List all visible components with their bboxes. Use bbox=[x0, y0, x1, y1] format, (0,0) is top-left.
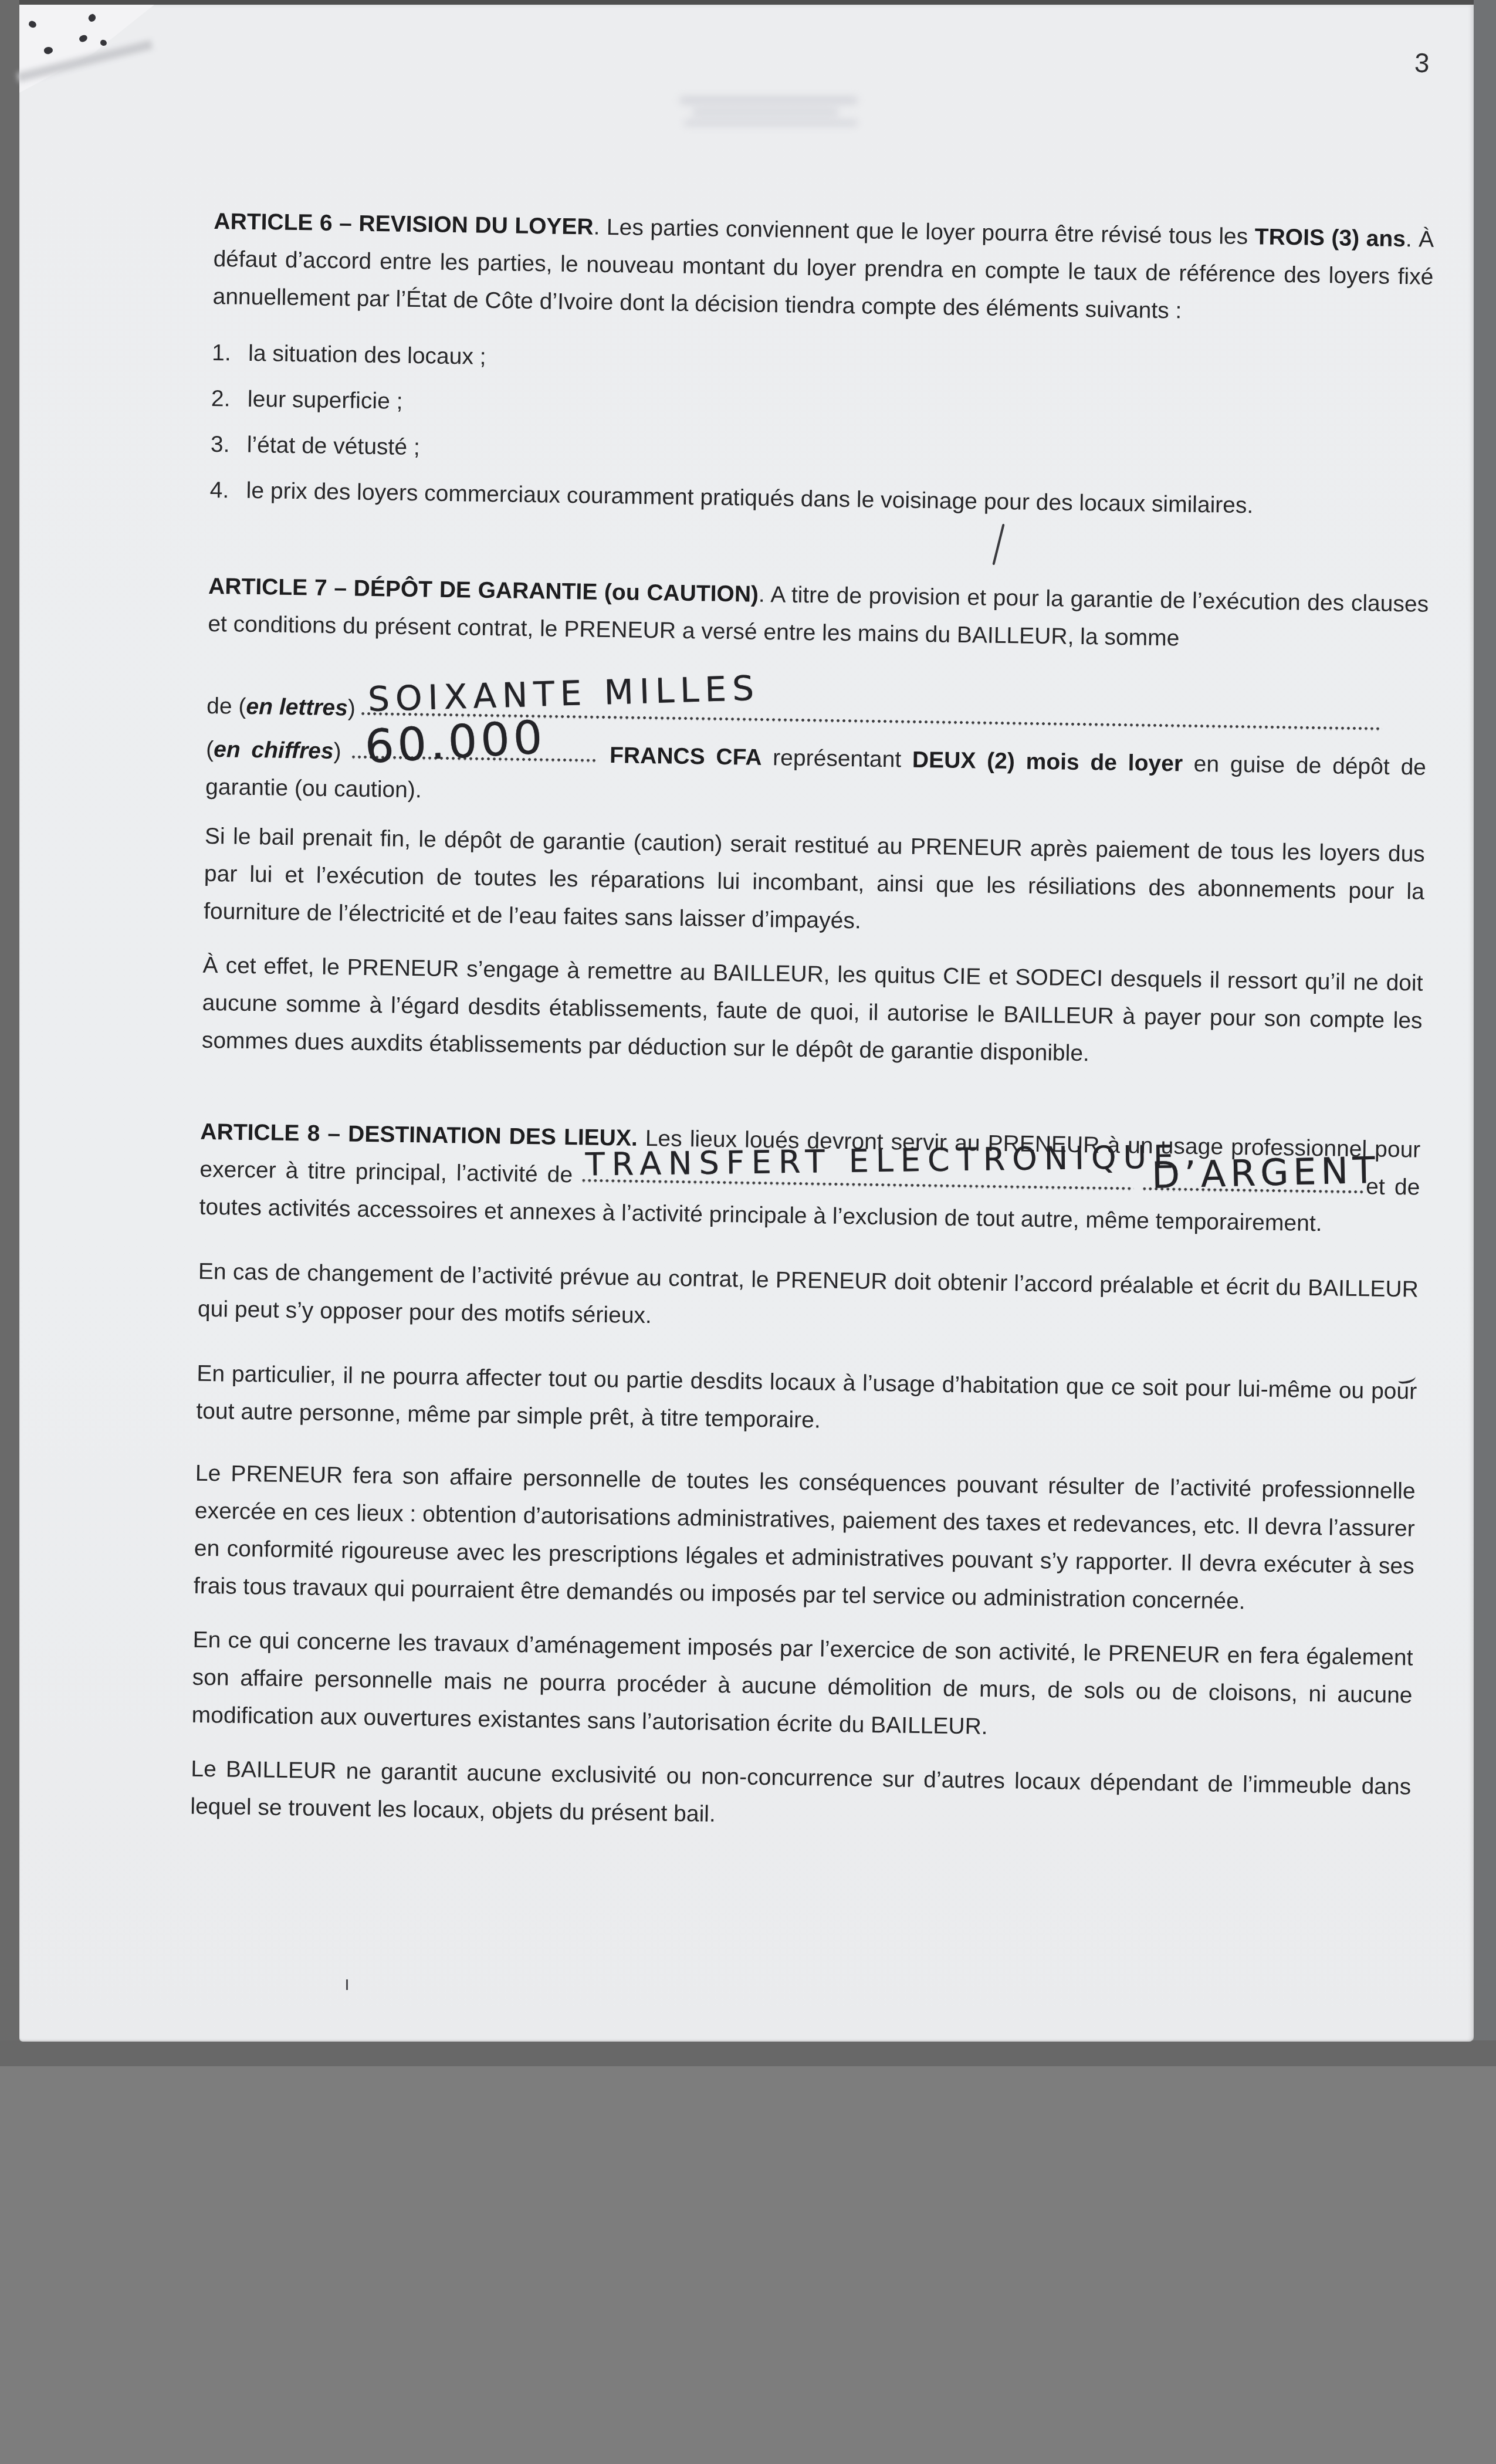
label-en-chiffres: en chiffres bbox=[214, 737, 334, 764]
list-item: 4.le prix des loyers commerciaux couramm… bbox=[209, 472, 1430, 527]
scan-tick-mark bbox=[346, 1979, 348, 1990]
dotted-blank-activity-line-1: TRANSFERT ELECTRONIQUE bbox=[582, 1175, 1133, 1190]
contract-text-block: ARTICLE 6 – REVISION DU LOYER. Les parti… bbox=[190, 203, 1434, 1844]
label-open-paren: ( bbox=[206, 737, 214, 762]
article-8-paragraph-3: En particulier, il ne pourra affecter to… bbox=[196, 1355, 1417, 1448]
article-8-paragraph: ARTICLE 8 – DESTINATION DES LIEUX. Les l… bbox=[199, 1113, 1421, 1244]
document-page: 3 ARTICLE 6 – REVISION DU LOYER. Les par… bbox=[19, 5, 1474, 2042]
scanner-bed-left-strip bbox=[0, 0, 19, 2042]
page-number: 3 bbox=[1414, 47, 1430, 79]
article-7-paragraph: ARTICLE 7 – DÉPÔT DE GARANTIE (ou CAUTIO… bbox=[208, 568, 1429, 661]
list-item-number: 2. bbox=[211, 380, 248, 418]
article-8-paragraph-2: En cas de changement de l’activité prévu… bbox=[198, 1253, 1419, 1346]
article-6-bold-trois: TROIS (3) ans bbox=[1254, 224, 1406, 252]
list-item: 3.l’état de vétusté ; bbox=[210, 426, 1431, 482]
list-item-number: 4. bbox=[209, 472, 246, 510]
list-item: 1.la situation des locaux ; bbox=[212, 334, 1433, 390]
list-item-number: 3. bbox=[210, 426, 247, 464]
list-item-number: 1. bbox=[212, 334, 249, 373]
list-item-text: le prix des loyers commerciaux courammen… bbox=[246, 472, 1254, 524]
label-close-paren-2: ) bbox=[333, 739, 352, 764]
ink-bleedthrough-smudge bbox=[675, 92, 862, 138]
article-8-paragraph-4: Le PRENEUR fera son affaire personnelle … bbox=[194, 1455, 1416, 1623]
label-francs-cfa: FRANCS CFA bbox=[598, 743, 762, 770]
label-close-paren: ) bbox=[348, 695, 362, 720]
article-8-paragraph-5: En ce qui concerne les travaux d’aménage… bbox=[191, 1622, 1413, 1752]
label-de: de ( bbox=[207, 693, 246, 719]
article-6-paragraph: ARTICLE 6 – REVISION DU LOYER. Les parti… bbox=[212, 203, 1434, 334]
list-item-text: leur superficie ; bbox=[248, 381, 403, 421]
list-item-text: la situation des locaux ; bbox=[248, 335, 486, 376]
list-item: 2.leur superficie ; bbox=[211, 380, 1432, 436]
handwritten-activity-line-1: TRANSFERT ELECTRONIQUE bbox=[585, 1138, 1180, 1183]
handwritten-amount-words: SOIXANTE MILLES bbox=[368, 669, 761, 718]
article-7-text-2: représentant bbox=[761, 745, 912, 773]
article-8-heading: ARTICLE 8 – DESTINATION DES LIEUX. bbox=[200, 1119, 638, 1151]
scanner-bed-shadow-strip bbox=[0, 2040, 1496, 2066]
amount-in-figures-paragraph: (en chiffres) 60.000 FRANCS CFA représen… bbox=[205, 731, 1427, 824]
dotted-blank-amount-figures: 60.000 bbox=[352, 752, 598, 763]
article-8-paragraph-6: Le BAILLEUR ne garantit aucune exclusivi… bbox=[190, 1751, 1412, 1844]
dotted-blank-activity-line-2: D’ARGENT bbox=[1143, 1184, 1366, 1194]
label-deux-mois: DEUX (2) mois de loyer bbox=[912, 747, 1183, 777]
article-7-paragraph-3: À cet effet, le PRENEUR s’engage à remet… bbox=[201, 947, 1423, 1078]
handwritten-activity-line-2: D’ARGENT bbox=[1152, 1152, 1380, 1194]
list-item-text: l’état de vétusté ; bbox=[246, 427, 420, 466]
article-6-heading: ARTICLE 6 – REVISION DU LOYER bbox=[214, 209, 594, 240]
article-6-text-1: . Les parties conviennent que le loyer p… bbox=[593, 215, 1255, 250]
article-7-paragraph-2: Si le bail prenait fin, le dépôt de gara… bbox=[204, 818, 1426, 949]
label-en-lettres: en lettres bbox=[246, 694, 348, 721]
scanner-bed-right-strip bbox=[1474, 0, 1496, 2042]
article-7-heading: ARTICLE 7 – DÉPÔT DE GARANTIE (ou CAUTIO… bbox=[208, 574, 759, 607]
article-6-list: 1.la situation des locaux ; 2.leur super… bbox=[209, 334, 1432, 527]
handwritten-amount-figures: 60.000 bbox=[364, 719, 547, 766]
